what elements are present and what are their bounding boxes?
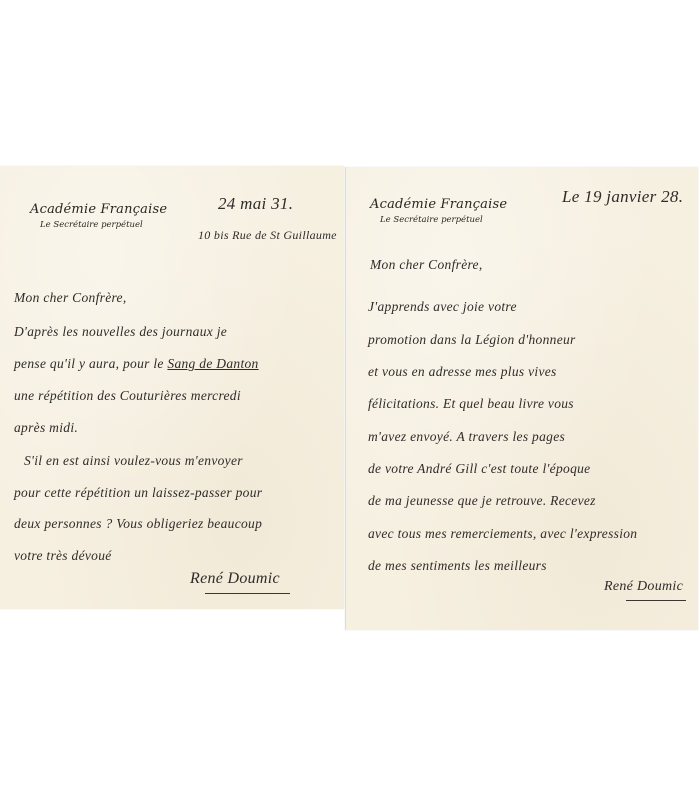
letterhead-subtitle: Le Secrétaire perpétuel — [40, 220, 167, 230]
letter-left: Académie Française Le Secrétaire perpétu… — [0, 166, 344, 609]
body-line: de votre André Gill c'est toute l'époque — [368, 461, 590, 477]
body-line: m'avez envoyé. A travers les pages — [368, 429, 565, 445]
signature: René Doumic — [604, 579, 683, 595]
salutation: Mon cher Confrère, — [14, 290, 127, 306]
body-line: de ma jeunesse que je retrouve. Recevez — [368, 493, 596, 509]
body-line: et vous en adresse mes plus vives — [368, 364, 557, 380]
letterhead: Académie Française Le Secrétaire perpétu… — [30, 198, 167, 230]
signature-underline — [626, 600, 686, 601]
letter-address: 10 bis Rue de St Guillaume — [198, 228, 337, 243]
salutation: Mon cher Confrère, — [370, 257, 483, 273]
play-title: Sang de Danton — [167, 356, 258, 371]
letter-date: 24 mai 31. — [218, 194, 293, 214]
body-line: félicitations. Et quel beau livre vous — [368, 396, 574, 412]
letter-date: Le 19 janvier 28. — [562, 187, 683, 207]
body-line: une répétition des Couturières mercredi — [14, 388, 241, 404]
body-line: S'il en est ainsi voulez-vous m'envoyer — [24, 453, 243, 469]
body-line: pense qu'il y aura, pour le Sang de Dant… — [14, 356, 259, 372]
body-line: après midi. — [14, 420, 78, 436]
body-line: de mes sentiments les meilleurs — [368, 558, 547, 574]
body-line: avec tous mes remerciements, avec l'expr… — [368, 526, 637, 542]
body-line: D'après les nouvelles des journaux je — [14, 324, 227, 340]
letterhead-title: Académie Française — [30, 202, 167, 217]
letterhead-title: Académie Française — [370, 197, 507, 212]
body-line: pour cette répétition un laissez-passer … — [14, 485, 262, 501]
signature: René Doumic — [190, 570, 280, 588]
letterhead-subtitle: Le Secrétaire perpétuel — [380, 215, 507, 225]
body-line: J'apprends avec joie votre — [368, 299, 517, 315]
body-line: votre très dévoué — [14, 548, 112, 564]
letter-right: Académie Française Le Secrétaire perpétu… — [345, 167, 698, 630]
body-line: deux personnes ? Vous obligeriez beaucou… — [14, 516, 262, 532]
body-line: promotion dans la Légion d'honneur — [368, 332, 576, 348]
signature-underline — [205, 593, 290, 594]
letterhead: Académie Française Le Secrétaire perpétu… — [370, 193, 507, 225]
